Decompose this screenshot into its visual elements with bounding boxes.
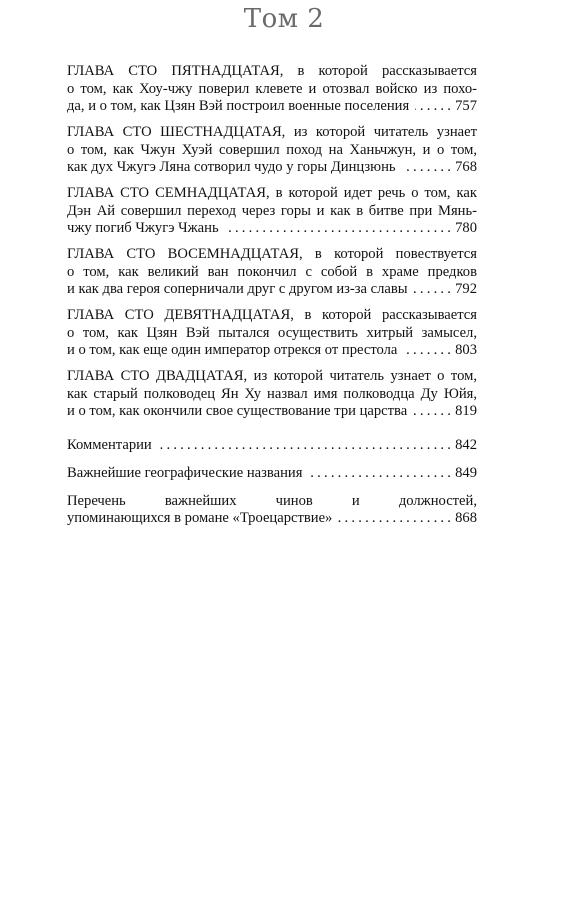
entry-title-text: чжу погиб Чжугэ Чжань (67, 220, 219, 238)
entry-last-line: Комментарии.............................… (67, 437, 477, 455)
entry-title-line: как старый полководец Ян Ху назвал имя п… (67, 386, 477, 404)
page-number: 868 (455, 510, 477, 528)
entry-last-line: Важнейшие географические названия.......… (67, 465, 477, 483)
entry-title-text: упоминающихся в романе «Троецарствие» (67, 510, 332, 528)
toc-chapter-entry[interactable]: ГЛАВА СТО ДЕВЯТНАДЦАТАЯ, в которой расск… (67, 307, 477, 360)
entry-title-text: и как два героя соперничали друг с друго… (67, 281, 408, 299)
entry-title-line: ГЛАВА СТО ПЯТНАДЦАТАЯ, в которой рассказ… (67, 63, 477, 81)
entry-title-line: о том, как Цзян Вэй пытался осуществить … (67, 325, 477, 343)
entry-last-line: и о том, как еще один император отрекся … (67, 342, 477, 360)
entry-title-line: о том, как великий ван покончил с собой … (67, 264, 477, 282)
page-number: 819 (455, 403, 477, 421)
page-number: 757 (455, 98, 477, 116)
entry-title-line: Дэн Ай совершил переход через горы и как… (67, 203, 477, 221)
table-of-contents: ГЛАВА СТО ПЯТНАДЦАТАЯ, в которой рассказ… (67, 63, 477, 538)
entry-title-text: Важнейшие географические названия (67, 465, 302, 483)
chapter-list: ГЛАВА СТО ПЯТНАДЦАТАЯ, в которой рассказ… (67, 63, 477, 421)
page-number: 842 (455, 437, 477, 455)
page-number: 792 (455, 281, 477, 299)
entry-title-line: о том, как Чжун Хуэй совершил поход на Х… (67, 142, 477, 160)
toc-chapter-entry[interactable]: ГЛАВА СТО ДВАДЦАТАЯ, из которой читатель… (67, 368, 477, 421)
entry-title-line: ГЛАВА СТО СЕМНАДЦАТАЯ, в которой идет ре… (67, 185, 477, 203)
page-number: 849 (455, 465, 477, 483)
dot-leader: ........................................… (413, 403, 454, 421)
entry-last-line: да, и о том, как Цзян Вэй построил военн… (67, 98, 477, 116)
toc-chapter-entry[interactable]: ГЛАВА СТО ПЯТНАДЦАТАЯ, в которой рассказ… (67, 63, 477, 116)
dot-leader: ........................................… (308, 465, 454, 483)
entry-last-line: и о том, как окончили свое существование… (67, 403, 477, 421)
toc-back-matter-entry[interactable]: Перечень важнейших чинов и должностей,уп… (67, 493, 477, 528)
entry-title-text: Комментарии (67, 437, 152, 455)
volume-title: Том 2 (0, 4, 568, 34)
entry-title-line: ГЛАВА СТО ШЕСТНАДЦАТАЯ, из которой читат… (67, 124, 477, 142)
dot-leader: ........................................… (338, 510, 454, 528)
toc-chapter-entry[interactable]: ГЛАВА СТО ВОСЕМНАДЦАТАЯ, в которой повес… (67, 246, 477, 299)
entry-title-line: ГЛАВА СТО ДВАДЦАТАЯ, из которой читатель… (67, 368, 477, 386)
entry-title-line: о том, как Хоу-чжу поверил клевете и ото… (67, 81, 477, 99)
entry-title-text: и о том, как еще один император отрекся … (67, 342, 397, 360)
page-number: 780 (455, 220, 477, 238)
entry-title-text: да, и о том, как Цзян Вэй построил военн… (67, 98, 409, 116)
page-number: 768 (455, 159, 477, 177)
entry-title-text: и о том, как окончили свое существование… (67, 403, 407, 421)
dot-leader: ........................................… (158, 437, 454, 455)
page-number: 803 (455, 342, 477, 360)
entry-title-line: ГЛАВА СТО ВОСЕМНАДЦАТАЯ, в которой повес… (67, 246, 477, 264)
entry-last-line: как дух Чжугэ Ляна сотворил чудо у горы … (67, 159, 477, 177)
dot-leader: ........................................… (402, 159, 455, 177)
toc-chapter-entry[interactable]: ГЛАВА СТО СЕМНАДЦАТАЯ, в которой идет ре… (67, 185, 477, 238)
entry-title-text: как дух Чжугэ Ляна сотворил чудо у горы … (67, 159, 396, 177)
entry-title-line: Перечень важнейших чинов и должностей, (67, 493, 477, 511)
entry-last-line: чжу погиб Чжугэ Чжань...................… (67, 220, 477, 238)
toc-back-matter-entry[interactable]: Важнейшие географические названия.......… (67, 465, 477, 483)
dot-leader: ........................................… (225, 220, 454, 238)
dot-leader: ........................................… (415, 98, 454, 116)
entry-title-line: ГЛАВА СТО ДЕВЯТНАДЦАТАЯ, в которой расск… (67, 307, 477, 325)
entry-last-line: упоминающихся в романе «Троецарствие»...… (67, 510, 477, 528)
toc-chapter-entry[interactable]: ГЛАВА СТО ШЕСТНАДЦАТАЯ, из которой читат… (67, 124, 477, 177)
back-matter-list: Комментарии.............................… (67, 437, 477, 528)
dot-leader: ........................................… (414, 281, 455, 299)
entry-last-line: и как два героя соперничали друг с друго… (67, 281, 477, 299)
toc-back-matter-entry[interactable]: Комментарии.............................… (67, 437, 477, 455)
dot-leader: ........................................… (403, 342, 454, 360)
